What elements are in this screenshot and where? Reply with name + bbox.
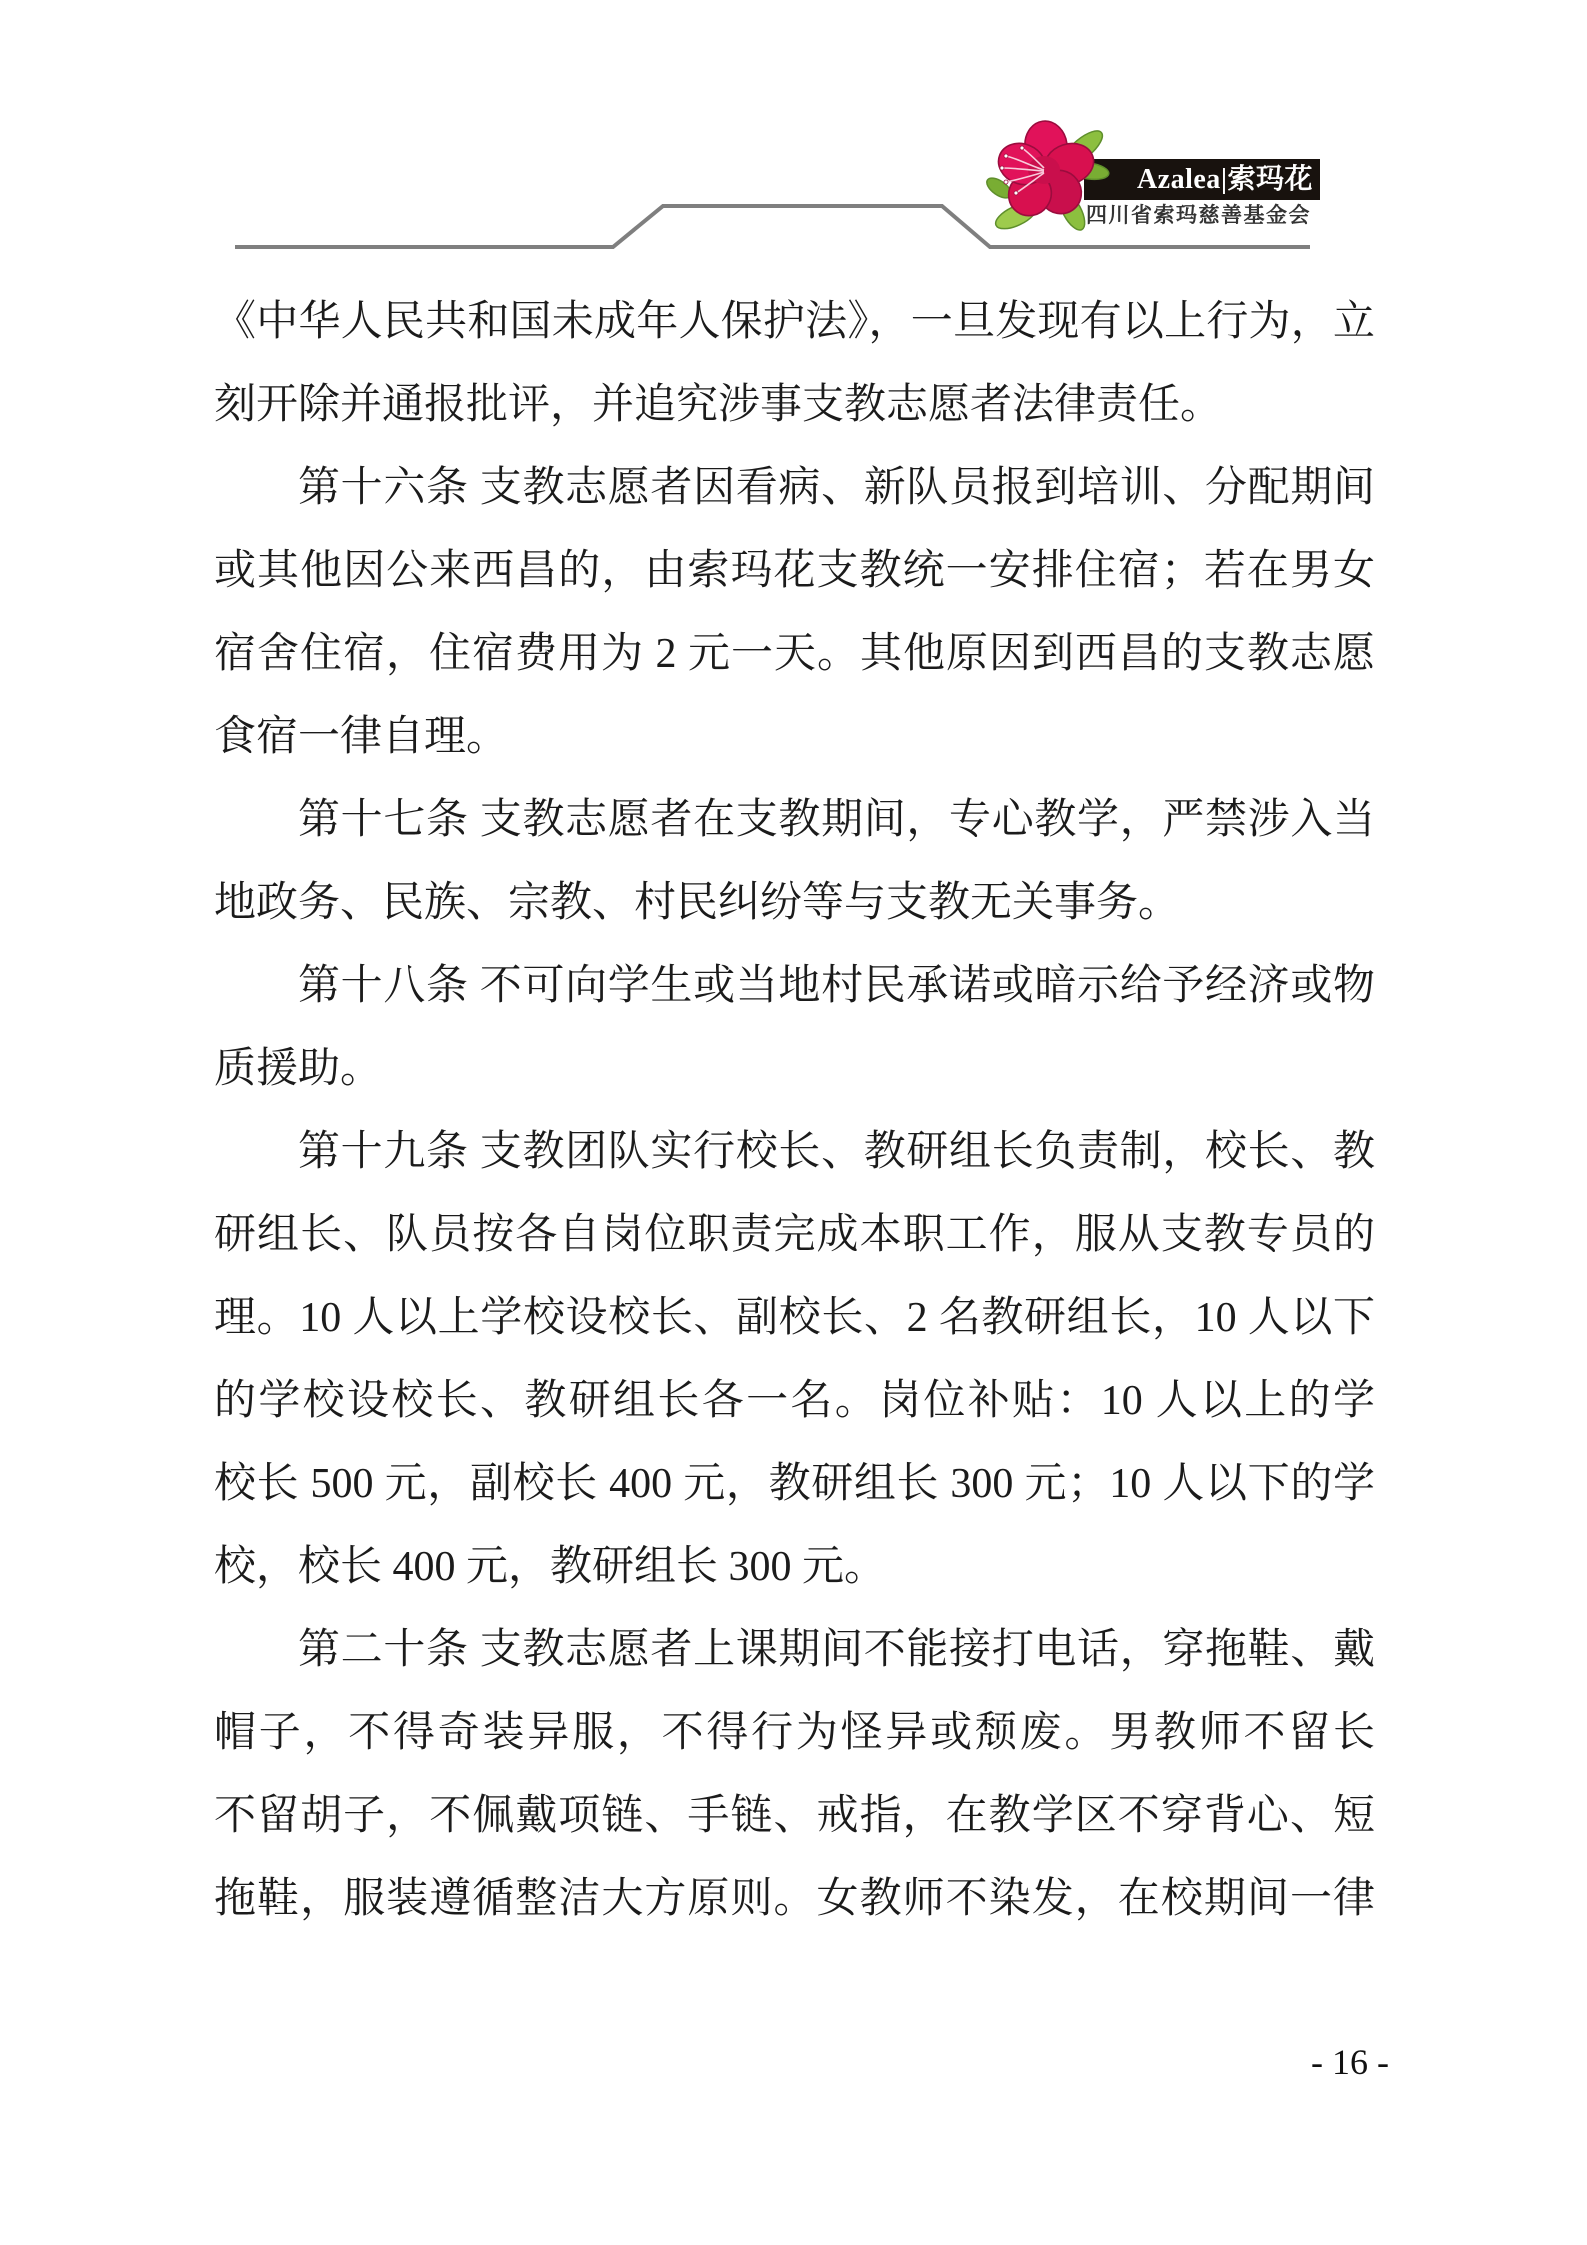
header-divider-line [0,0,1587,270]
text-line: 第十九条 支教团队实行校长、教研组长负责制，校长、教 [214,1111,1375,1194]
text-line: 第十六条 支教志愿者因看病、新队员报到培训、分配期间 [214,447,1375,530]
text-line: 研组长、队员按各自岗位职责完成本职工作，服从支教专员的管 [214,1194,1375,1277]
logo-subtitle: 四川省索玛慈善基金会 [1086,201,1316,229]
text-line: 《中华人民共和国未成年人保护法》，一旦发现有以上行为，立 [214,281,1375,364]
logo-title: Azalea|索玛花 [1137,159,1320,200]
text-line: 食宿一律自理。 [214,696,1375,779]
text-line: 第二十条 支教志愿者上课期间不能接打电话，穿拖鞋、戴 [214,1609,1375,1692]
text-line: 拖鞋，服装遵循整洁大方原则。女教师不染发，在校期间一律不 [214,1858,1375,1941]
text-line: 第十七条 支教志愿者在支教期间，专心教学，严禁涉入当 [214,779,1375,862]
text-line: 不留胡子，不佩戴项链、手链、戒指，在教学区不穿背心、短裤、 [214,1775,1375,1858]
azalea-flower-icon [986,108,1118,238]
page-number: - 16 - [1295,2041,1405,2083]
body-text: 《中华人民共和国未成年人保护法》，一旦发现有以上行为，立刻开除并通报批评，并追究… [214,281,1375,1941]
text-line: 宿舍住宿，住宿费用为 2 元一天。其他原因到西昌的支教志愿者 [214,613,1375,696]
logo-banner: Azalea|索玛花 [1084,159,1320,200]
document-page: Azalea|索玛花 四川省索玛慈善基金会 [0,0,1587,2245]
text-line: 的学校设校长、教研组长各一名。岗位补贴：10 人以上的学校， [214,1360,1375,1443]
text-line: 校长 500 元，副校长 400 元，教研组长 300 元；10 人以下的学 [214,1443,1375,1526]
text-line: 或其他因公来西昌的，由索玛花支教统一安排住宿；若在男女生 [214,530,1375,613]
text-line: 第十八条 不可向学生或当地村民承诺或暗示给予经济或物 [214,945,1375,1028]
text-line: 校，校长 400 元，教研组长 300 元。 [214,1526,1375,1609]
text-line: 刻开除并通报批评，并追究涉事支教志愿者法律责任。 [214,364,1375,447]
text-line: 地政务、民族、宗教、村民纠纷等与支教无关事务。 [214,862,1375,945]
text-line: 帽子，不得奇装异服，不得行为怪异或颓废。男教师不留长发， [214,1692,1375,1775]
text-line: 质援助。 [214,1028,1375,1111]
text-line: 理。10 人以上学校设校长、副校长、2 名教研组长，10 人以下 [214,1277,1375,1360]
